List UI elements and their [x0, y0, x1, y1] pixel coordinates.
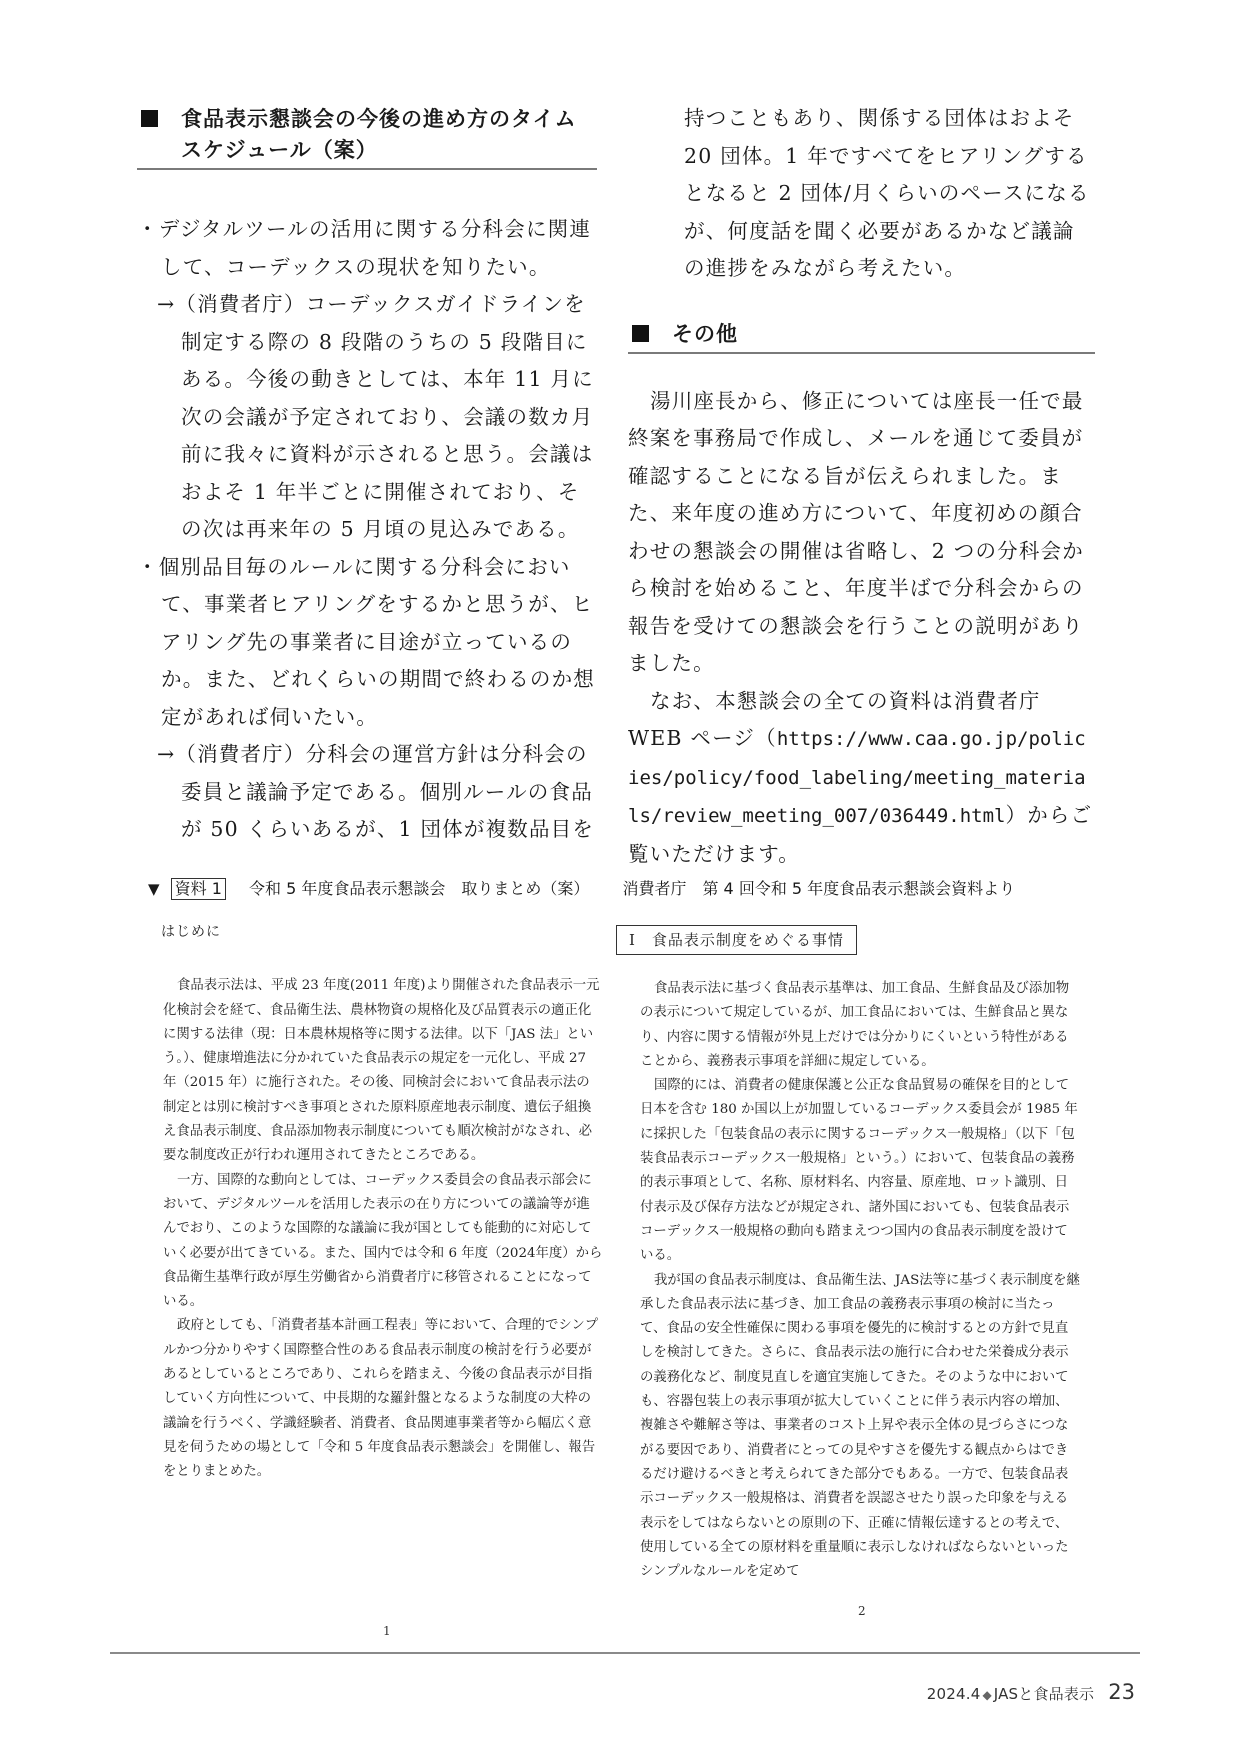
page-footer: 2024.4◆JASと食品表示23	[927, 1680, 1135, 1704]
square-bullet-icon	[141, 110, 158, 127]
section-heading-other: その他	[628, 319, 1095, 354]
excerpt-page-1: はじめに 食品表示法は、平成 23 年度(2011 年度)より開催された食品表示…	[163, 920, 603, 1485]
excerpt-paragraph: 一方、国際的な動向としては、コーデックス委員会の食品表示部会において、デジタルツ…	[163, 1169, 603, 1315]
excerpt-paragraph: 政府としても、「消費者基本計画工程表」等において、合理的でシンプルかつ分かりやす…	[163, 1314, 603, 1484]
material-badge: 資料 1	[171, 878, 226, 900]
intro-label: はじめに	[161, 920, 603, 944]
excerpt-page-number-2: 2	[858, 1604, 866, 1618]
issue-date: 2024.4	[927, 1685, 981, 1703]
magazine-name: JASと食品表示	[994, 1685, 1095, 1703]
article-left-column: 食品表示懇談会の今後の進め方のタイム スケジュール（案） ・デジタルツールの活用…	[137, 104, 597, 849]
excerpt-paragraph: 国際的には、消費者の健康保護と公正な食品貿易の確保を目的として日本を含む 180…	[640, 1074, 1080, 1268]
answer-item: →（消費者庁）分科会の運営方針は分科会の委員と議論予定である。個別ルールの食品が…	[137, 736, 597, 849]
triangle-down-icon: ▼	[148, 880, 160, 898]
other-section-body: 湯川座長から、修正については座長一任で最終案を事務局で作成し、メールを通じて委員…	[628, 383, 1095, 874]
answer-continuation-text: 持つこともあり、関係する団体はおよそ 20 団体。1 年ですべてをヒアリングする…	[684, 100, 1095, 288]
footer-divider	[110, 1652, 1140, 1654]
question-item: ・デジタルツールの活用に関する分科会に関連して、コーデックスの現状を知りたい。	[137, 211, 597, 286]
qa-list: ・デジタルツールの活用に関する分科会に関連して、コーデックスの現状を知りたい。 …	[137, 211, 597, 849]
section-heading-schedule: 食品表示懇談会の今後の進め方のタイム スケジュール（案）	[137, 104, 597, 170]
heading-line-2: スケジュール（案）	[181, 135, 597, 166]
square-bullet-icon	[632, 325, 649, 342]
section-box-heading: Ⅰ 食品表示制度をめぐる事情	[616, 925, 857, 955]
answer-item: →（消費者庁）コーデックスガイドラインを制定する際の 8 段階のうちの 5 段階…	[137, 286, 597, 549]
question-item: ・個別品目毎のルールに関する分科会において、事業者ヒアリングをするかと思うが、ヒ…	[137, 549, 597, 737]
excerpt-caption: ▼ 資料 1 令和 5 年度食品表示懇談会 取りまとめ（案） 消費者庁 第 4 …	[148, 877, 1088, 901]
page-number: 23	[1108, 1680, 1135, 1704]
heading-line-1: 食品表示懇談会の今後の進め方のタイム	[181, 104, 597, 135]
heading-text: その他	[672, 319, 1095, 350]
paragraph-website: なお、本懇談会の全ての資料は消費者庁 WEB ページ（https://www.c…	[628, 683, 1095, 874]
excerpt-title: 令和 5 年度食品表示懇談会 取りまとめ（案）	[249, 879, 589, 898]
excerpt-paragraph: 食品表示法に基づく食品表示基準は、加工食品、生鮮食品及び添加物の表示について規定…	[640, 977, 1080, 1074]
excerpt-paragraph: 我が国の食品表示制度は、食品衛生法、JAS法等に基づく表示制度を継承した食品表示…	[640, 1269, 1080, 1585]
paragraph: 湯川座長から、修正については座長一任で最終案を事務局で作成し、メールを通じて委員…	[628, 383, 1095, 683]
excerpt-page-number-1: 1	[383, 1624, 391, 1638]
article-right-column: 持つこともあり、関係する団体はおよそ 20 団体。1 年ですべてをヒアリングする…	[640, 104, 1095, 873]
excerpt-paragraph: 食品表示法は、平成 23 年度(2011 年度)より開催された食品表示一元化検討…	[163, 974, 603, 1168]
excerpt-source: 消費者庁 第 4 回令和 5 年度食品表示懇談会資料より	[622, 879, 1015, 898]
answer-continuation: 持つこともあり、関係する団体はおよそ 20 団体。1 年ですべてをヒアリングする…	[640, 100, 1095, 288]
diamond-icon: ◆	[982, 1688, 991, 1702]
excerpt-page-2: Ⅰ 食品表示制度をめぐる事情 食品表示法に基づく食品表示基準は、加工食品、生鮮食…	[640, 925, 1080, 1584]
